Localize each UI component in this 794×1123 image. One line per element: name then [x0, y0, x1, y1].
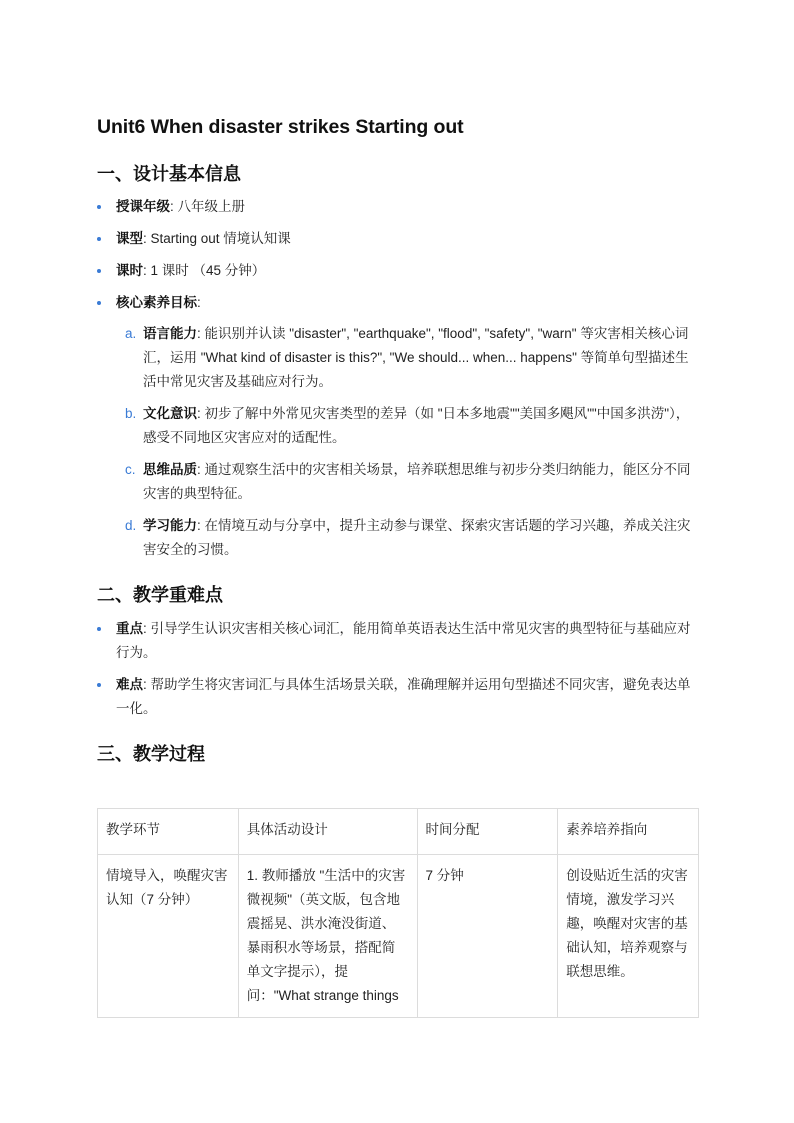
- item-label: 课时: [116, 263, 143, 278]
- list-item-key-point: 重点: 引导学生认识灾害相关核心词汇，能用简单英语表达生活中常见灾害的典型特征与…: [97, 617, 699, 665]
- goal-text: 通过观察生活中的灾害相关场景，培养联想思维与初步分类归纳能力，能区分不同灾害的典…: [143, 462, 691, 501]
- separator: :: [197, 406, 205, 421]
- goal-text: 能识别并认读 "disaster", "earthquake", "flood"…: [143, 326, 689, 389]
- goal-text: 初步了解中外常见灾害类型的差异（如 "日本多地震""美国多飓风""中国多洪涝"）…: [143, 406, 689, 445]
- item-value: 1 课时 （45 分钟）: [151, 263, 266, 278]
- item-label: 课型: [116, 231, 143, 246]
- bullet-icon: [97, 301, 101, 305]
- goal-label: 思维品质: [143, 462, 197, 477]
- goal-item-thinking: c. 思维品质: 通过观察生活中的灾害相关场景，培养联想思维与初步分类归纳能力，…: [125, 458, 699, 506]
- table-header-row: 教学环节 具体活动设计 时间分配 素养培养指向: [98, 809, 699, 855]
- bullet-icon: [97, 627, 101, 631]
- list-item: 核心素养目标:: [97, 291, 699, 315]
- column-header: 时间分配: [417, 809, 558, 855]
- item-label: 难点: [116, 677, 143, 692]
- table-cell: 创设贴近生活的灾害情境，激发学习兴趣，唤醒对灾害的基础认知，培养观察与联想思维。: [558, 855, 699, 1018]
- table-cell: 情境导入，唤醒灾害认知（7 分钟）: [98, 855, 239, 1018]
- list-marker: c.: [125, 458, 136, 482]
- list-item: 授课年级: 八年级上册: [97, 195, 699, 219]
- table-row: 情境导入，唤醒灾害认知（7 分钟） 1. 教师播放 "生活中的灾害微视频"（英文…: [98, 855, 699, 1018]
- goal-item-culture: b. 文化意识: 初步了解中外常见灾害类型的差异（如 "日本多地震""美国多飓风…: [125, 402, 699, 450]
- list-marker: a.: [125, 322, 136, 346]
- bullet-icon: [97, 269, 101, 273]
- goal-item-learning: d. 学习能力: 在情境互动与分享中，提升主动参与课堂、探索灾害话题的学习兴趣，…: [125, 514, 699, 562]
- column-header: 教学环节: [98, 809, 239, 855]
- goal-label: 语言能力: [143, 326, 197, 341]
- separator: :: [143, 231, 151, 246]
- separator: :: [197, 295, 201, 310]
- item-label: 重点: [116, 621, 143, 636]
- section-heading-process: 三、教学过程: [97, 740, 205, 766]
- goal-text: 在情境互动与分享中，提升主动参与课堂、探索灾害话题的学习兴趣，养成关注灾害安全的…: [143, 518, 691, 557]
- goal-label: 文化意识: [143, 406, 197, 421]
- list-marker: b.: [125, 402, 136, 426]
- list-marker: d.: [125, 514, 136, 538]
- table-cell: 1. 教师播放 "生活中的灾害微视频"（英文版，包含地震摇晃、洪水淹没街道、暴雨…: [238, 855, 417, 1018]
- separator: :: [143, 621, 151, 636]
- item-value: 八年级上册: [178, 199, 246, 214]
- list-item-difficult-point: 难点: 帮助学生将灾害词汇与具体生活场景关联，准确理解并运用句型描述不同灾害，避…: [97, 673, 699, 721]
- teaching-process-table: 教学环节 具体活动设计 时间分配 素养培养指向 情境导入，唤醒灾害认知（7 分钟…: [97, 808, 699, 1018]
- item-label: 核心素养目标: [116, 295, 197, 310]
- separator: :: [143, 263, 151, 278]
- item-label: 授课年级: [116, 199, 170, 214]
- basic-info-list: 授课年级: 八年级上册 课型: Starting out 情境认知课 课时: 1…: [97, 195, 699, 315]
- goal-label: 学习能力: [143, 518, 197, 533]
- column-header: 素养培养指向: [558, 809, 699, 855]
- separator: :: [170, 199, 178, 214]
- bullet-icon: [97, 237, 101, 241]
- key-points-list: 重点: 引导学生认识灾害相关核心词汇，能用简单英语表达生活中常见灾害的典型特征与…: [97, 617, 699, 721]
- bullet-icon: [97, 205, 101, 209]
- separator: :: [197, 518, 205, 533]
- item-value: 引导学生认识灾害相关核心词汇，能用简单英语表达生活中常见灾害的典型特征与基础应对…: [116, 621, 691, 660]
- section-heading-key-points: 二、教学重难点: [97, 581, 223, 607]
- item-value: 帮助学生将灾害词汇与具体生活场景关联，准确理解并运用句型描述不同灾害，避免表达单…: [116, 677, 691, 716]
- core-goals-list: a. 语言能力: 能识别并认读 "disaster", "earthquake"…: [125, 322, 699, 562]
- list-item: 课型: Starting out 情境认知课: [97, 227, 699, 251]
- separator: :: [197, 326, 205, 341]
- goal-item-language: a. 语言能力: 能识别并认读 "disaster", "earthquake"…: [125, 322, 699, 394]
- separator: :: [197, 462, 205, 477]
- separator: :: [143, 677, 151, 692]
- bullet-icon: [97, 683, 101, 687]
- table-cell: 7 分钟: [417, 855, 558, 1018]
- item-value: Starting out 情境认知课: [151, 231, 291, 246]
- column-header: 具体活动设计: [238, 809, 417, 855]
- document-title: Unit6 When disaster strikes Starting out: [97, 116, 464, 139]
- section-heading-basic-info: 一、设计基本信息: [97, 160, 241, 186]
- list-item: 课时: 1 课时 （45 分钟）: [97, 259, 699, 283]
